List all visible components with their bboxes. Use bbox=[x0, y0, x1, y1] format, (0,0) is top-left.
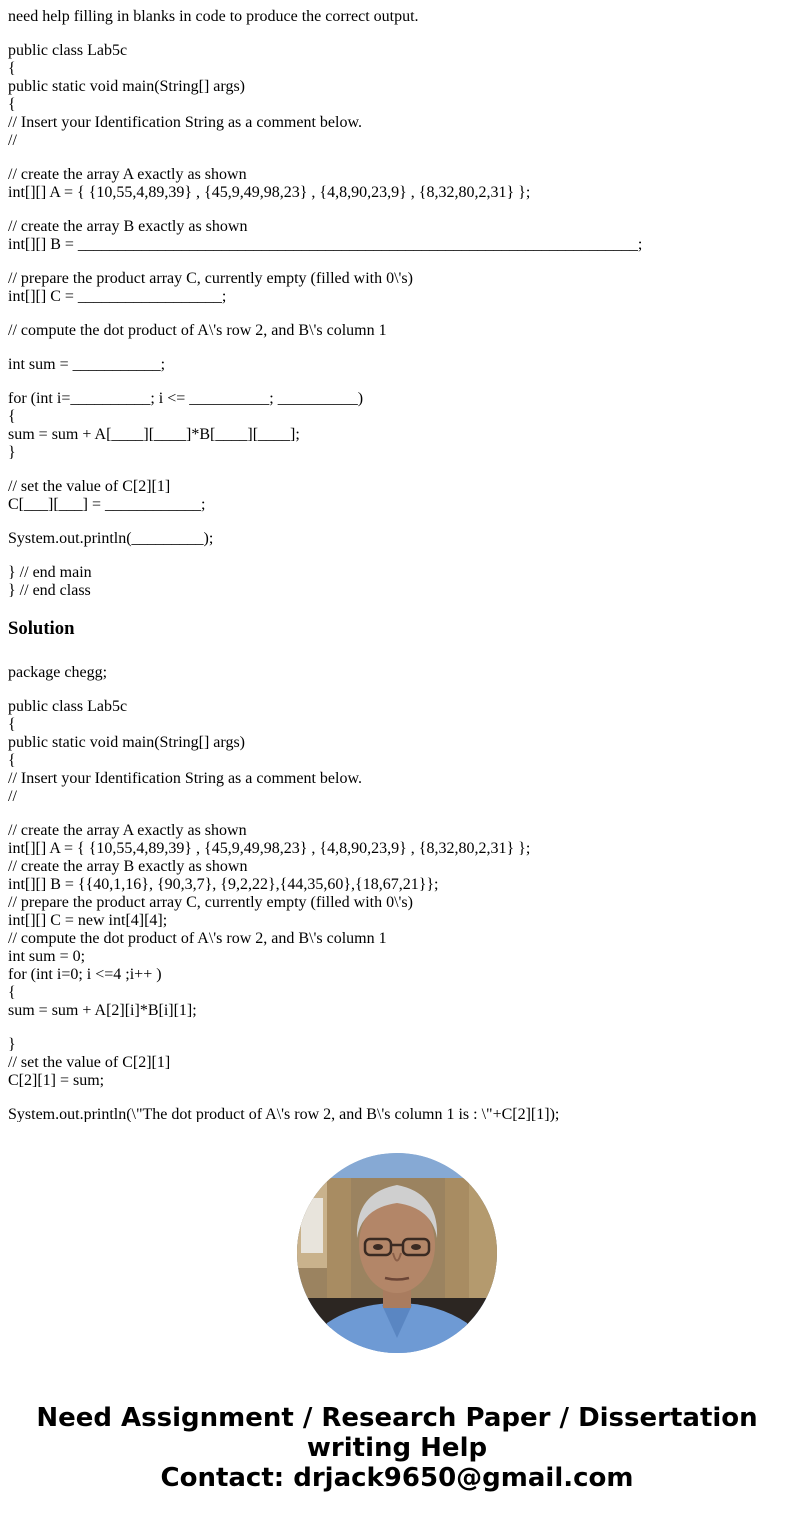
question-paragraph: int sum = ___________; bbox=[8, 356, 788, 374]
promo-line-2: writing Help bbox=[0, 1433, 794, 1463]
question-code-line: // create the array B exactly as shown bbox=[8, 218, 788, 236]
solution-code-line: public static void main(String[] args) bbox=[8, 734, 788, 752]
solution-code-line: int[][] A = { {10,55,4,89,39} , {45,9,49… bbox=[8, 840, 788, 858]
question-code-line: C[___][___] = ____________; bbox=[8, 496, 788, 514]
question-code-line: // Insert your Identification String as … bbox=[8, 114, 788, 132]
question-intro: need help filling in blanks in code to p… bbox=[8, 8, 788, 26]
solution-paragraph: // create the array A exactly as shownin… bbox=[8, 822, 788, 1020]
solution-code: package chegg;public class Lab5c{public … bbox=[8, 664, 788, 1122]
solution-code-line: { bbox=[8, 716, 788, 734]
question-code-line: } // end main bbox=[8, 564, 788, 582]
question-paragraph: // create the array B exactly as shownin… bbox=[8, 218, 788, 254]
author-portrait-icon bbox=[297, 1153, 497, 1353]
question-code-line: for (int i=__________; i <= __________; … bbox=[8, 390, 788, 408]
question-code-line: sum = sum + A[____][____]*B[____][____]; bbox=[8, 426, 788, 444]
question-paragraph: public class Lab5c{public static void ma… bbox=[8, 42, 788, 150]
solution-paragraph: public class Lab5c{public static void ma… bbox=[8, 698, 788, 806]
solution-code-line: int[][] C = new int[4][4]; bbox=[8, 912, 788, 930]
solution-section: package chegg;public class Lab5c{public … bbox=[8, 664, 788, 1122]
question-code-line: } bbox=[8, 444, 788, 462]
question-paragraph: // set the value of C[2][1]C[___][___] =… bbox=[8, 478, 788, 514]
question-code-line: { bbox=[8, 96, 788, 114]
question-code-line: int[][] C = __________________; bbox=[8, 288, 788, 306]
solution-code-line: // set the value of C[2][1] bbox=[8, 1054, 788, 1072]
question-paragraph: } // end main} // end class bbox=[8, 564, 788, 600]
question-section: need help filling in blanks in code to p… bbox=[8, 8, 788, 658]
solution-code-line: package chegg; bbox=[8, 664, 788, 682]
solution-paragraph: package chegg; bbox=[8, 664, 788, 682]
solution-code-line: for (int i=0; i <=4 ;i++ ) bbox=[8, 966, 788, 984]
solution-paragraph: System.out.println(\"The dot product of … bbox=[8, 1106, 788, 1122]
solution-code-line: int[][] B = {{40,1,16}, {90,3,7}, {9,2,2… bbox=[8, 876, 788, 894]
solution-code-line: // compute the dot product of A\'s row 2… bbox=[8, 930, 788, 948]
question-paragraph: System.out.println(_________); bbox=[8, 530, 788, 548]
question-code-line: int[][] B = ____________________________… bbox=[8, 236, 788, 254]
question-code-line: // set the value of C[2][1] bbox=[8, 478, 788, 496]
question-code-line: { bbox=[8, 408, 788, 426]
solution-code-line: // Insert your Identification String as … bbox=[8, 770, 788, 788]
question-code: public class Lab5c{public static void ma… bbox=[8, 42, 788, 600]
solution-code-line: } bbox=[8, 1036, 788, 1054]
question-code-line: System.out.println(_________); bbox=[8, 530, 788, 548]
solution-code-line: // bbox=[8, 788, 788, 806]
solution-code-line: C[2][1] = sum; bbox=[8, 1072, 788, 1090]
question-code-line: int sum = ___________; bbox=[8, 356, 788, 374]
question-code-line: { bbox=[8, 60, 788, 78]
question-code-line: } // end class bbox=[8, 582, 788, 600]
question-code-line: public class Lab5c bbox=[8, 42, 788, 60]
question-paragraph: // create the array A exactly as shownin… bbox=[8, 166, 788, 202]
question-code-line: // create the array A exactly as shown bbox=[8, 166, 788, 184]
question-code-line: public static void main(String[] args) bbox=[8, 78, 788, 96]
solution-code-line: { bbox=[8, 752, 788, 770]
solution-code-line: // create the array A exactly as shown bbox=[8, 822, 788, 840]
question-code-line: // bbox=[8, 132, 788, 150]
question-code-line: // prepare the product array C, currentl… bbox=[8, 270, 788, 288]
promo-banner: Need Assignment / Research Paper / Disse… bbox=[0, 1403, 794, 1493]
question-code-line: // compute the dot product of A\'s row 2… bbox=[8, 322, 788, 340]
solution-paragraph: }// set the value of C[2][1]C[2][1] = su… bbox=[8, 1036, 788, 1090]
author-photo bbox=[297, 1153, 497, 1353]
solution-code-line: // prepare the product array C, currentl… bbox=[8, 894, 788, 912]
question-paragraph: // prepare the product array C, currentl… bbox=[8, 270, 788, 306]
promo-line-1: Need Assignment / Research Paper / Disse… bbox=[0, 1403, 794, 1433]
question-paragraph: // compute the dot product of A\'s row 2… bbox=[8, 322, 788, 340]
solution-code-line: System.out.println(\"The dot product of … bbox=[8, 1106, 788, 1122]
solution-code-line: public class Lab5c bbox=[8, 698, 788, 716]
solution-code-line: // create the array B exactly as shown bbox=[8, 858, 788, 876]
promo-contact[interactable]: Contact: drjack9650@gmail.com bbox=[0, 1463, 794, 1493]
solution-heading: Solution bbox=[8, 618, 788, 640]
solution-code-line: int sum = 0; bbox=[8, 948, 788, 966]
question-code-line: int[][] A = { {10,55,4,89,39} , {45,9,49… bbox=[8, 184, 788, 202]
question-paragraph: for (int i=__________; i <= __________; … bbox=[8, 390, 788, 462]
solution-code-line: { bbox=[8, 984, 788, 1002]
solution-code-line: sum = sum + A[2][i]*B[i][1]; bbox=[8, 1002, 788, 1020]
